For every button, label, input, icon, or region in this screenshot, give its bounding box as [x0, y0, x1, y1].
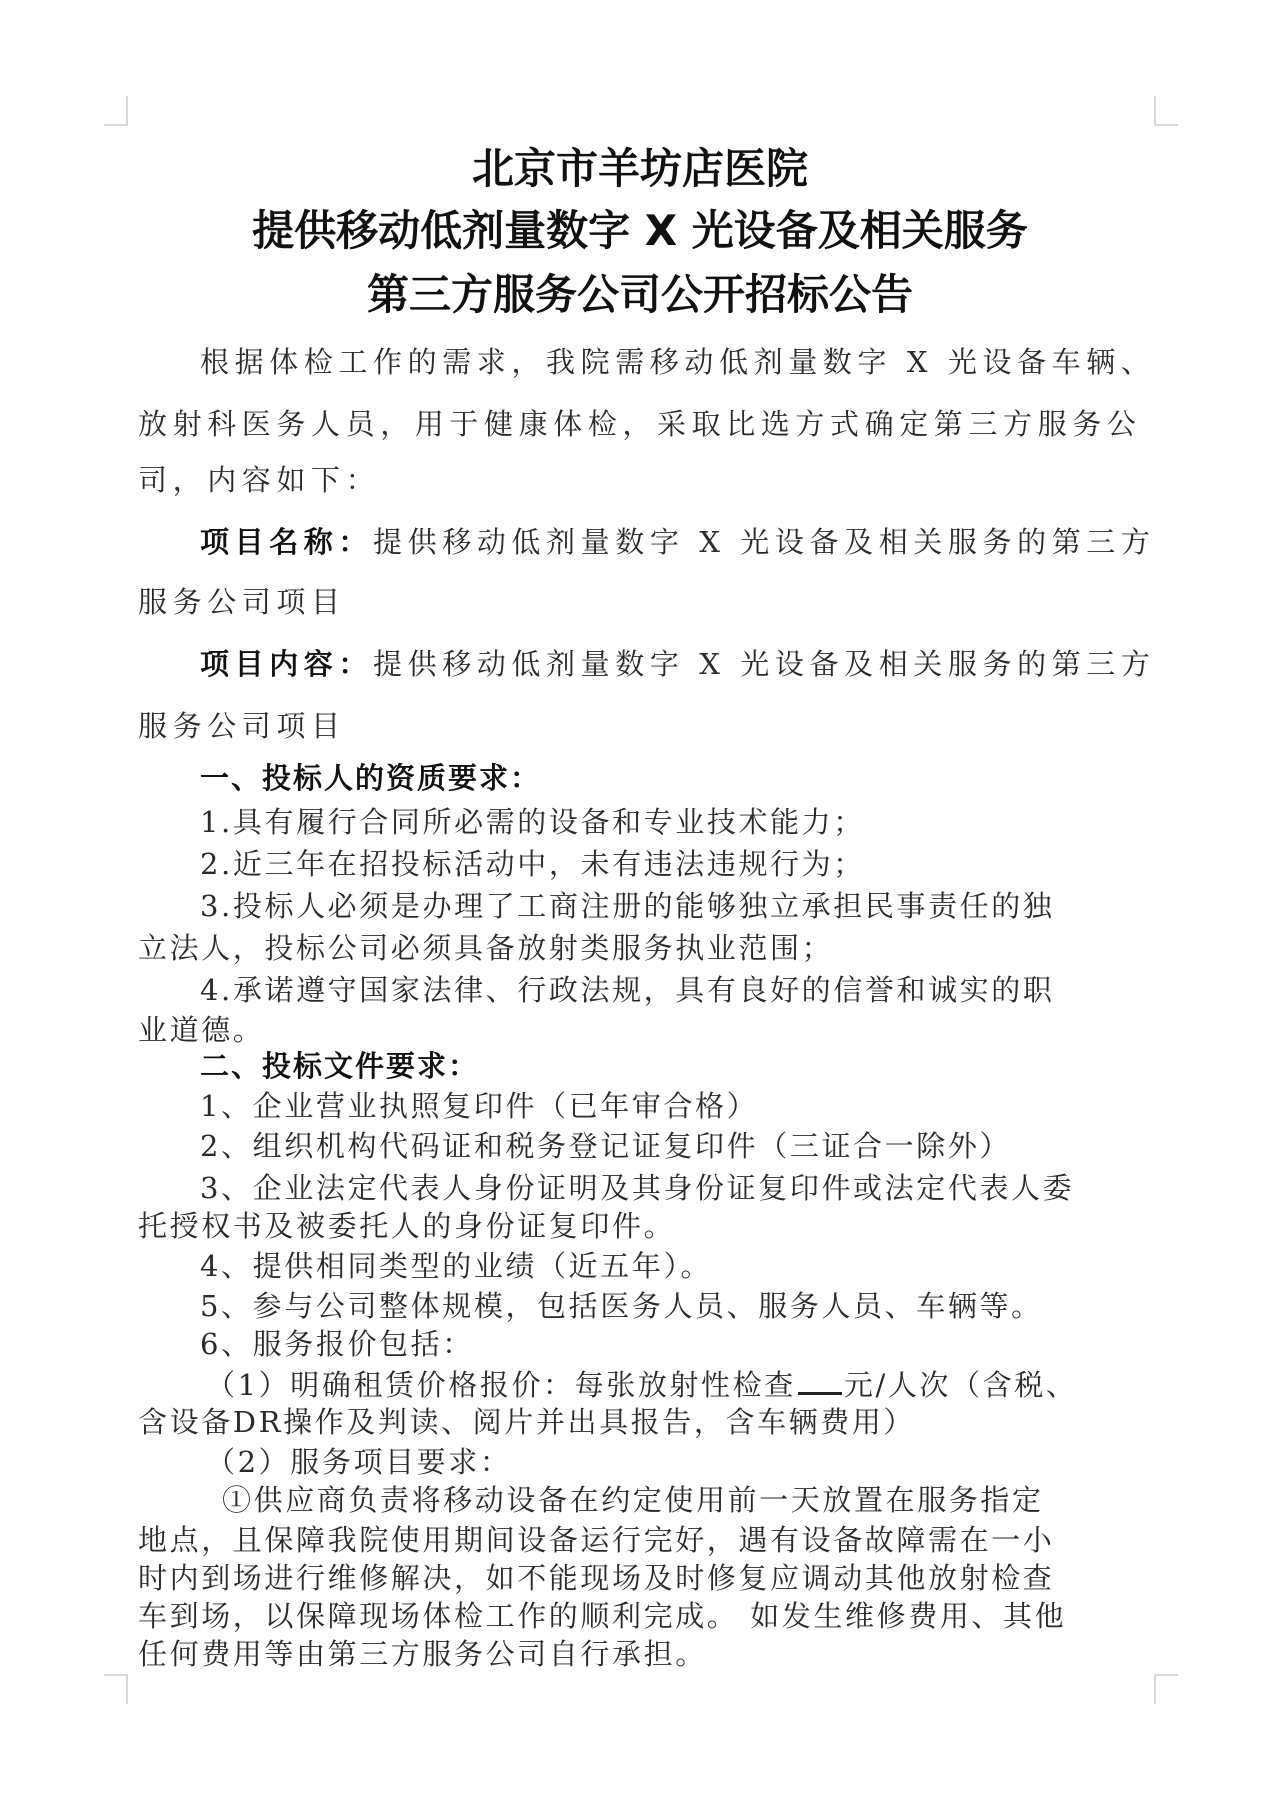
project-name-line-1: 项目名称：提供移动低剂量数字 X 光设备及相关服务的第三方: [138, 524, 1214, 560]
price-line-1: （1）明确租赁价格报价：每张放射性检查元/人次（含税、: [138, 1366, 1220, 1403]
project-name-line-2: 服务公司项目: [138, 584, 1152, 620]
title-line-1: 北京市羊坊店医院: [0, 144, 1280, 194]
project-content-value: 提供移动低剂量数字 X 光设备及相关服务的第三方: [373, 647, 1155, 681]
service-requirements-line-5: 任何费用等由第三方服务公司自行承担。: [138, 1636, 1152, 1672]
service-requirements-line-2: 地点，且保障我院使用期间设备运行完好，遇有设备故障需在一小: [138, 1522, 1152, 1558]
project-content-line-2: 服务公司项目: [138, 708, 1152, 744]
crop-mark-top-right: [1154, 96, 1178, 126]
intro-line-1: 根据体检工作的需求，我院需移动低剂量数字 X 光设备车辆、: [138, 344, 1214, 380]
intro-line-3: 司，内容如下：: [138, 462, 1152, 498]
section1-item-1: 1.具有履行合同所必需的设备和专业技术能力；: [138, 804, 1214, 840]
section1-heading: 一、投标人的资质要求：: [138, 760, 1214, 796]
section1-item-3-cont: 立法人，投标公司必须具备放射类服务执业范围；: [138, 930, 1152, 966]
crop-mark-bottom-right: [1154, 1674, 1178, 1704]
section2-item-2: 2、组织机构代码证和税务登记证复印件（三证合一除外）: [138, 1128, 1214, 1164]
service-requirements-line-3: 时内到场进行维修解决，如不能现场及时修复应调动其他放射检查: [138, 1560, 1152, 1596]
section1-item-4: 4.承诺遵守国家法律、行政法规，具有良好的信誉和诚实的职: [138, 972, 1214, 1008]
price-line-2: 含设备DR操作及判读、阅片并出具报告，含车辆费用）: [138, 1404, 1152, 1440]
section2-item-1: 1、企业营业执照复印件（已年审合格）: [138, 1088, 1214, 1124]
section2-item-3: 3、企业法定代表人身份证明及其身份证复印件或法定代表人委: [138, 1170, 1214, 1206]
document-page: 北京市羊坊店医院 提供移动低剂量数字 X 光设备及相关服务 第三方服务公司公开招…: [0, 0, 1280, 1809]
section1-item-4-cont: 业道德。: [138, 1012, 1152, 1048]
project-content-label: 项目内容：: [200, 647, 373, 681]
section1-item-3: 3.投标人必须是办理了工商注册的能够独立承担民事责任的独: [138, 888, 1214, 924]
section1-item-2: 2.近三年在招投标活动中，未有违法违规行为；: [138, 846, 1214, 882]
section2-item-5: 5、参与公司整体规模，包括医务人员、服务人员、车辆等。: [138, 1288, 1214, 1324]
service-requirements-line-1: ①供应商负责将移动设备在约定使用前一天放置在服务指定: [138, 1482, 1236, 1518]
price-text-after: 元/人次（含税、: [844, 1368, 1078, 1402]
section2-item-4: 4、提供相同类型的业绩（近五年）。: [138, 1248, 1214, 1284]
section2-heading: 二、投标文件要求：: [138, 1048, 1214, 1084]
price-blank-field: [798, 1366, 842, 1395]
section2-item-6: 6、服务报价包括：: [138, 1326, 1214, 1362]
crop-mark-top-left: [104, 96, 128, 126]
service-requirements-line-4: 车到场，以保障现场体检工作的顺利完成。 如发生维修费用、其他: [138, 1598, 1152, 1634]
title-line-2: 提供移动低剂量数字 X 光设备及相关服务: [0, 206, 1280, 256]
project-content-line-1: 项目内容：提供移动低剂量数字 X 光设备及相关服务的第三方: [138, 646, 1214, 682]
title-line-3: 第三方服务公司公开招标公告: [0, 270, 1280, 320]
project-name-value: 提供移动低剂量数字 X 光设备及相关服务的第三方: [373, 525, 1155, 559]
crop-mark-bottom-left: [104, 1674, 128, 1704]
intro-line-2: 放射科医务人员，用于健康体检，采取比选方式确定第三方服务公: [138, 406, 1152, 442]
service-requirements-heading: （2）服务项目要求：: [138, 1444, 1220, 1480]
price-text-before: （1）明确租赁价格报价：每张放射性检查: [206, 1368, 796, 1402]
project-name-label: 项目名称：: [200, 525, 373, 559]
section2-item-3-cont: 托授权书及被委托人的身份证复印件。: [138, 1208, 1152, 1244]
